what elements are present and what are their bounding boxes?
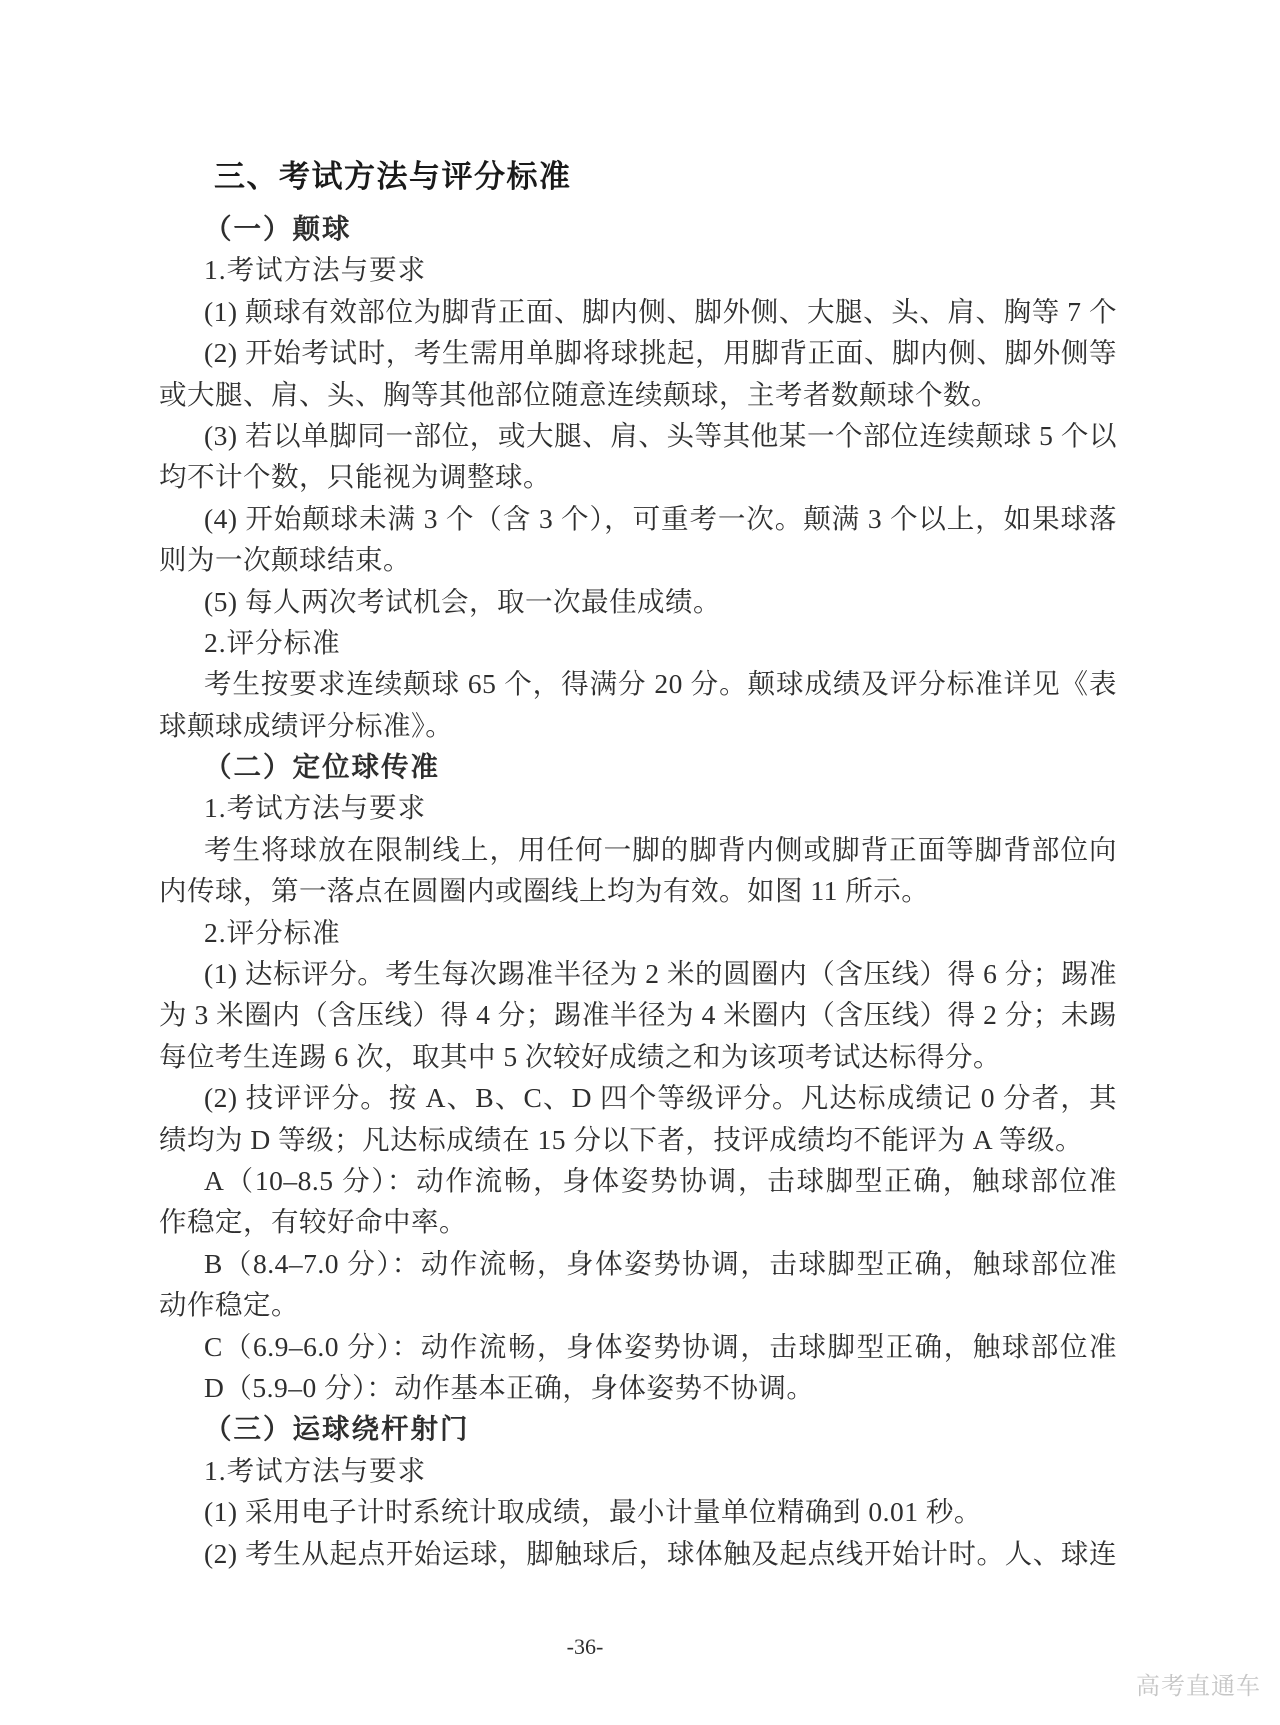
text-line: 动作稳定。	[159, 1284, 1117, 1325]
text-line: (2) 开始考试时，考生需用单脚将球挑起，用脚背正面、脚内侧、脚外侧等部位，	[159, 332, 1117, 373]
text-line: 或大腿、肩、头、胸等其他部位随意连续颠球，主考者数颠球个数。	[159, 374, 1117, 415]
text-line: 均不计个数，只能视为调整球。	[159, 456, 1117, 497]
text-line: D（5.9–0 分）：动作基本正确，身体姿势不协调。	[159, 1367, 1117, 1408]
text-line: 作稳定，有较好命中率。	[159, 1201, 1117, 1242]
subsection-heading: 1.考试方法与要求	[159, 1450, 1117, 1491]
page-number: -36-	[0, 1634, 1170, 1660]
text-line: (1) 采用电子计时系统计取成绩，最小计量单位精确到 0.01 秒。	[159, 1491, 1117, 1532]
watermark: 高考直通车	[1136, 1666, 1261, 1701]
text-line: 考生将球放在限制线上，用任何一脚的脚背内侧或脚背正面等脚背部位向圆圈	[159, 829, 1117, 870]
document-body: 三、考试方法与评分标准（一）颠球1.考试方法与要求(1) 颠球有效部位为脚背正面…	[159, 146, 1117, 1574]
section-heading: （二）定位球传准	[159, 746, 1117, 787]
text-line: B（8.4–7.0 分）：动作流畅，身体姿势协调，击球脚型正确，触球部位准确，	[159, 1243, 1117, 1284]
text-line: (2) 技评评分。按 A、B、C、D 四个等级评分。凡达标成绩记 0 分者，其技…	[159, 1077, 1117, 1118]
text-line: (5) 每人两次考试机会，取一次最佳成绩。	[159, 581, 1117, 622]
text-line: 则为一次颠球结束。	[159, 539, 1117, 580]
text-line: (1) 达标评分。考生每次踢准半径为 2 米的圆圈内（含压线）得 6 分；踢准半…	[159, 953, 1117, 994]
text-line: (3) 若以单脚同一部位，或大腿、肩、头等其他某一个部位连续颠球 5 个以上，	[159, 415, 1117, 456]
document-title: 三、考试方法与评分标准	[159, 146, 1117, 208]
text-line: 球颠球成绩评分标准》。	[159, 705, 1117, 746]
text-line: C（6.9–6.0 分）：动作流畅，身体姿势协调，击球脚型正确，触球部位准确。	[159, 1326, 1117, 1367]
text-line: (1) 颠球有效部位为脚背正面、脚内侧、脚外侧、大腿、头、肩、胸等 7 个部位。	[159, 291, 1117, 332]
text-line: 为 3 米圈内（含压线）得 4 分；踢准半径为 4 米圈内（含压线）得 2 分；…	[159, 994, 1117, 1035]
text-line: (4) 开始颠球未满 3 个（含 3 个），可重考一次。颠满 3 个以上，如果球…	[159, 498, 1117, 539]
text-line: (2) 考生从起点开始运球，脚触球后，球体触及起点线开始计时。人、球连续绕	[159, 1533, 1117, 1574]
text-line: A（10–8.5 分）：动作流畅，身体姿势协调，击球脚型正确，触球部位准确，动	[159, 1160, 1117, 1201]
subsection-heading: 2.评分标准	[159, 912, 1117, 953]
text-line: 每位考生连踢 6 次，取其中 5 次较好成绩之和为该项考试达标得分。	[159, 1036, 1117, 1077]
subsection-heading: 1.考试方法与要求	[159, 249, 1117, 290]
text-line: 考生按要求连续颠球 65 个，得满分 20 分。颠球成绩及评分标准详见《表 39…	[159, 663, 1117, 704]
page: 三、考试方法与评分标准（一）颠球1.考试方法与要求(1) 颠球有效部位为脚背正面…	[0, 0, 1280, 1725]
text-line: 内传球，第一落点在圆圈内或圈线上均为有效。如图 11 所示。	[159, 870, 1117, 911]
section-heading: （三）运球绕杆射门	[159, 1408, 1117, 1449]
text-line: 绩均为 D 等级；凡达标成绩在 15 分以下者，技评成绩均不能评为 A 等级。	[159, 1119, 1117, 1160]
subsection-heading: 2.评分标准	[159, 622, 1117, 663]
subsection-heading: 1.考试方法与要求	[159, 787, 1117, 828]
section-heading: （一）颠球	[159, 208, 1117, 249]
